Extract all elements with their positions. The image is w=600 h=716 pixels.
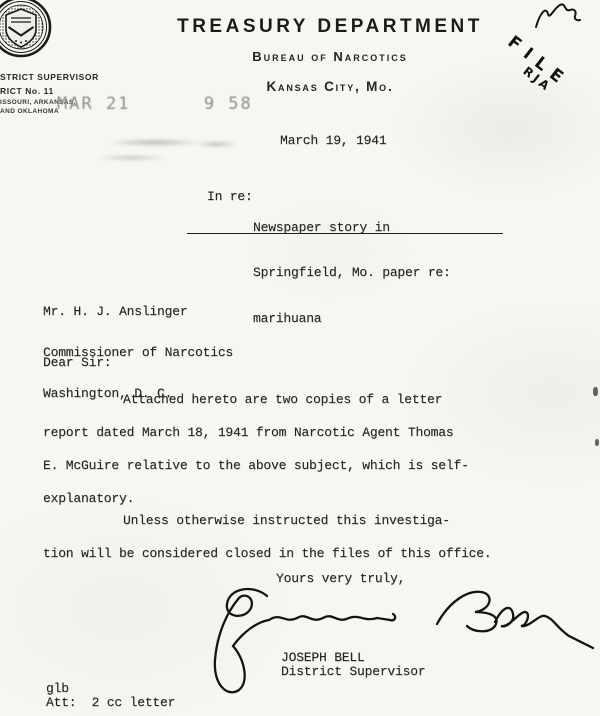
- signer-name: JOSEPH BELL: [281, 650, 365, 665]
- signature-joseph-bell: [205, 582, 600, 712]
- letterhead-department: TREASURY DEPARTMENT: [110, 16, 550, 38]
- scan-artifact: [593, 387, 598, 396]
- recipient-name: Mr. H. J. Anslinger: [43, 305, 233, 319]
- treasury-seal-icon: [0, 0, 54, 60]
- body-line: tion will be considered closed in the fi…: [43, 546, 491, 561]
- body-line: Attached hereto are two copies of a lett…: [123, 392, 442, 407]
- body-line: explanatory.: [43, 491, 134, 506]
- handwritten-squiggle: [533, 1, 589, 33]
- faint-stamp-smudge: [85, 134, 240, 168]
- date-line: March 19, 1941: [280, 133, 386, 148]
- letterhead-bureau: Bureau of Narcotics: [110, 49, 550, 64]
- subject-underline: [187, 233, 503, 234]
- body-line: Unless otherwise instructed this investi…: [123, 513, 450, 528]
- received-time-stamp: MAR 21 9 58: [57, 94, 253, 114]
- attachment-line: Att: 2 cc letter: [46, 695, 175, 710]
- body-line: report dated March 18, 1941 from Narcoti…: [43, 425, 453, 440]
- body-line: E. McGuire relative to the above subject…: [43, 458, 469, 473]
- signer-title: District Supervisor: [281, 664, 425, 679]
- subject-lines: Newspaper story in Springfield, Mo. pape…: [253, 189, 451, 357]
- typist-initials: glb: [46, 681, 69, 696]
- salutation: Dear Sir:: [43, 355, 111, 370]
- subject-label: In re:: [207, 189, 253, 204]
- subject-line: marihuana: [253, 311, 451, 326]
- letterhead-city: Kansas City, Mo.: [110, 79, 550, 94]
- subject-line: Springfield, Mo. paper re:: [253, 265, 451, 280]
- office-line: STRICT SUPERVISOR: [0, 73, 99, 82]
- scanned-letter-page: TREASURY DEPARTMENT Bureau of Narcotics …: [0, 0, 600, 716]
- scan-artifact: [595, 439, 599, 446]
